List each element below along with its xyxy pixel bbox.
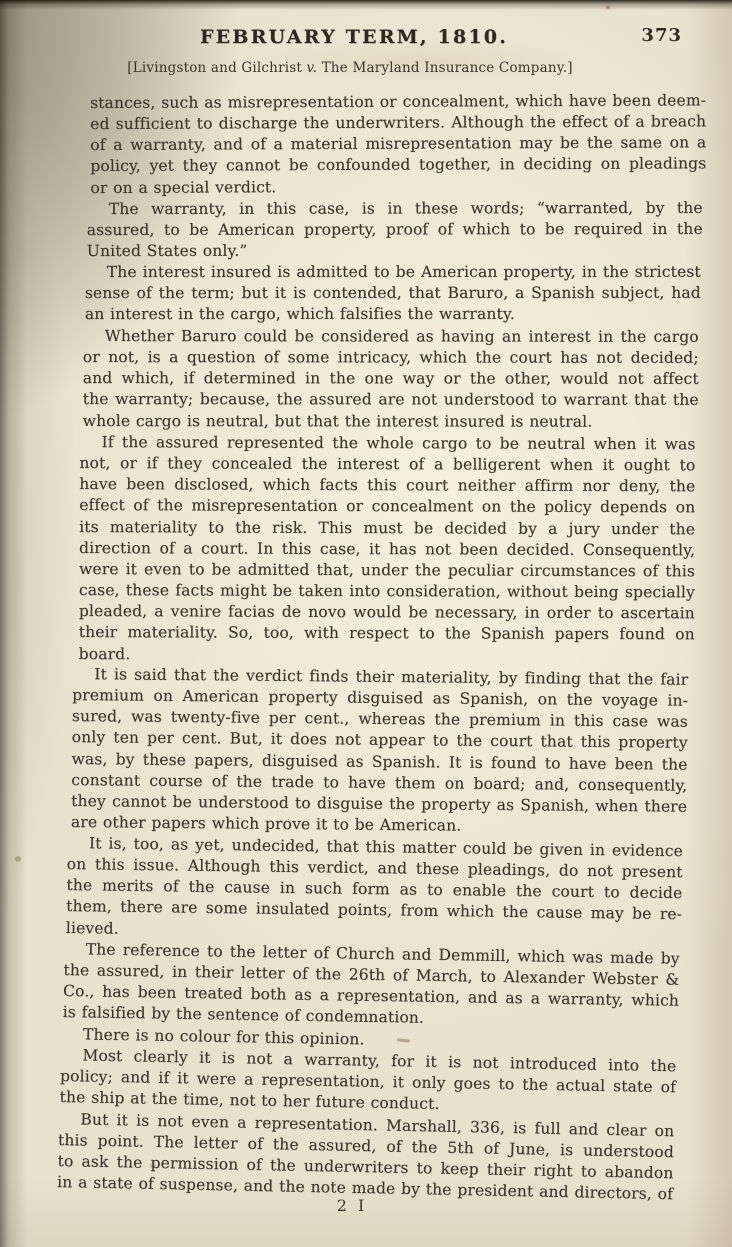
running-header: FEBRUARY TERM, 1810. bbox=[0, 26, 720, 48]
text-line: The interest insured is admitted to be A… bbox=[85, 262, 701, 283]
case-caption-versus: v. bbox=[307, 60, 318, 76]
page-number: 373 bbox=[641, 25, 682, 46]
text-line: whole cargo is neutral, but that the int… bbox=[83, 410, 699, 432]
text-line: Whether Baruro could be considered as ha… bbox=[83, 326, 699, 348]
text-line: of a warranty, and of a material misrepr… bbox=[90, 133, 706, 157]
text-line: direction of a court. In this case, it h… bbox=[79, 537, 695, 560]
signature-mark: 2 I bbox=[0, 1196, 718, 1215]
text-line: pleaded, a venire facias de novo would b… bbox=[79, 601, 695, 624]
paragraph: The warranty, in this case, is in these … bbox=[87, 198, 703, 263]
text-line: ed sufficient to discharge the underwrit… bbox=[90, 111, 706, 135]
paragraph: The interest insured is admitted to be A… bbox=[85, 262, 701, 326]
paragraph: It is said that the verdict finds their … bbox=[71, 664, 689, 839]
paper-fleck bbox=[15, 856, 21, 862]
body-text: stances, such as misrepresentation or co… bbox=[86, 93, 702, 1193]
text-line: an interest in the cargo, which falsifie… bbox=[85, 304, 701, 325]
text-line: their materiality. So, too, with respect… bbox=[79, 622, 695, 645]
paragraph: It is, too, as yet, undecided, that this… bbox=[66, 833, 683, 947]
text-line: were it even to be admitted that, under … bbox=[79, 558, 695, 581]
running-header-title: FEBRUARY TERM, 1810. bbox=[200, 26, 508, 48]
text-line: sense of the term; but it is contended, … bbox=[85, 283, 701, 304]
text-line: stances, such as misrepresentation or co… bbox=[90, 90, 706, 114]
text-line: assured, to be American property, proof … bbox=[87, 219, 703, 241]
text-line: The warranty, in this case, is in these … bbox=[87, 198, 703, 220]
case-caption: [Livingston and Gilchrist v. The Marylan… bbox=[0, 60, 716, 76]
paragraph: If the assured represented the whole car… bbox=[79, 432, 696, 667]
paragraph: Whether Baruro could be considered as ha… bbox=[83, 326, 699, 433]
text-line: If the assured represented the whole car… bbox=[79, 432, 695, 455]
case-caption-post: The Maryland Insurance Company.] bbox=[317, 60, 573, 76]
text-line: its materiality to the risk. This must b… bbox=[79, 516, 695, 539]
case-caption-pre: [Livingston and Gilchrist bbox=[127, 60, 306, 76]
text-line: the warranty; because, the assured are n… bbox=[83, 389, 699, 411]
text-line: United States only.” bbox=[87, 240, 703, 262]
text-line: and which, if determined in the one way … bbox=[83, 368, 699, 390]
scanned-book-page: FEBRUARY TERM, 1810. 373 [Livingston and… bbox=[0, 0, 732, 1247]
text-line: not, or if they concealed the interest o… bbox=[79, 453, 695, 476]
paragraph: But it is not even a representation. Mar… bbox=[57, 1109, 675, 1206]
text-line: or not, is a question of some intricacy,… bbox=[83, 347, 699, 369]
text-line: effect of the misrepresentation or conce… bbox=[79, 495, 695, 518]
text-line: or on a special verdict. bbox=[90, 175, 706, 199]
paper-speck bbox=[605, 5, 611, 10]
text-line: policy, yet they cannot be confounded to… bbox=[90, 154, 706, 178]
text-line: board. bbox=[79, 643, 695, 666]
paragraph: The reference to the letter of Church an… bbox=[63, 939, 680, 1033]
text-line: have been disclosed, which facts this co… bbox=[79, 474, 695, 497]
text-line: case, these facts might be taken into co… bbox=[79, 580, 695, 603]
paragraph: stances, such as misrepresentation or co… bbox=[90, 90, 706, 198]
paragraph: Most clearly it is not a warranty, for i… bbox=[59, 1045, 676, 1120]
